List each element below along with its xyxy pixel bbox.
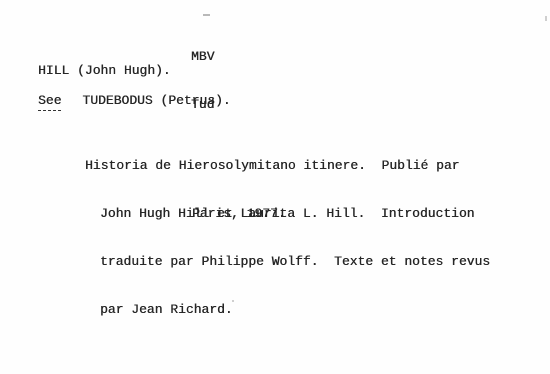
author-heading: HILL (John Hugh). [38, 63, 171, 79]
see-reference: See TUDEBODUS (Petrus). [38, 93, 231, 111]
title-statement-line: par Jean Richard. [100, 302, 490, 318]
imprint: Paris, 1977. [192, 206, 286, 222]
call-number-line-1: MBV [191, 49, 222, 65]
title-statement-line: traduite par Philippe Wolff. Texte et no… [100, 254, 490, 270]
scan-artifact-speck [545, 16, 547, 21]
title-statement: Historia de Hierosolymitano itinere. Pub… [85, 126, 490, 350]
see-reference-target: TUDEBODUS (Petrus). [82, 93, 230, 111]
title-statement-line: Historia de Hierosolymitano itinere. Pub… [85, 158, 490, 174]
catalog-card: MBV Tud HILL (John Hugh). See TUDEBODUS … [0, 0, 550, 374]
see-label: See [38, 93, 61, 111]
scan-artifact-mark [203, 14, 210, 16]
title-statement-line: John Hugh Hill et Laurita L. Hill. Intro… [100, 206, 490, 222]
